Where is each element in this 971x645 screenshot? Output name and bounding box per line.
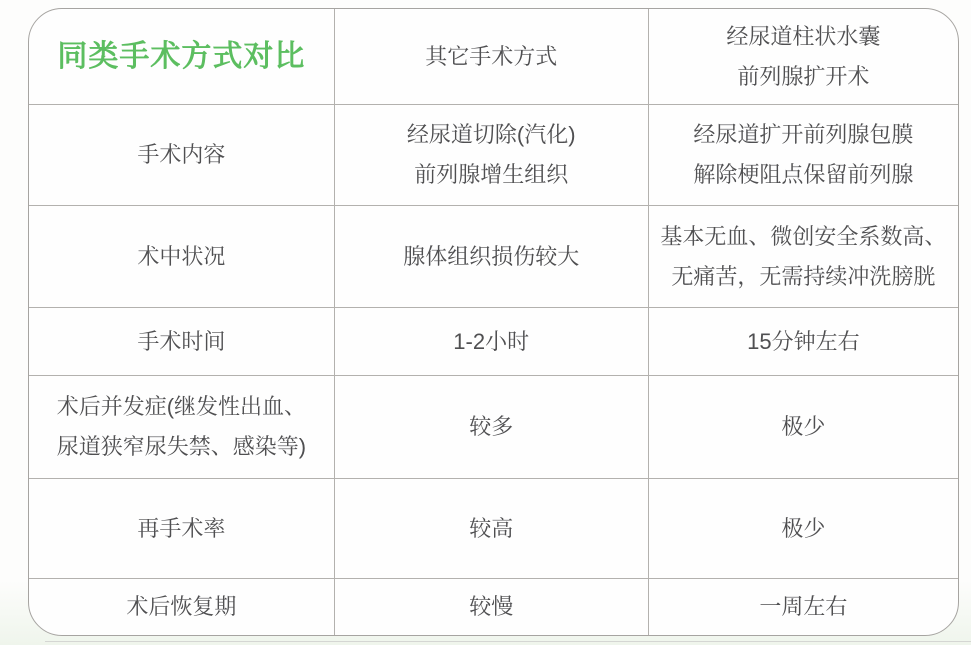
- cell-intraoperative-status-balloon: 基本无血、微创安全系数高、 无痛苦，无需持续冲洗膀胱: [648, 205, 958, 307]
- cell-complications-balloon: 极少: [648, 375, 958, 478]
- photo-bottom-edge: [45, 641, 971, 642]
- row-header-surgery-duration: 手术时间: [29, 307, 334, 375]
- cell-surgery-duration-balloon: 15分钟左右: [648, 307, 958, 375]
- cell-complications-other: 较多: [334, 375, 648, 478]
- row-header-reoperation-rate: 再手术率: [29, 478, 334, 578]
- row-header-complications: 术后并发症(继发性出血、 尿道狭窄尿失禁、感染等): [29, 375, 334, 478]
- row-header-recovery-period: 术后恢复期: [29, 578, 334, 635]
- cell-recovery-period-other: 较慢: [334, 578, 648, 635]
- cell-reoperation-rate-balloon: 极少: [648, 478, 958, 578]
- column-header-other-methods: 其它手术方式: [334, 9, 648, 104]
- table-title: 同类手术方式对比: [29, 9, 334, 104]
- cell-surgery-content-balloon: 经尿道扩开前列腺包膜 解除梗阻点保留前列腺: [648, 104, 958, 205]
- row-header-surgery-content: 手术内容: [29, 104, 334, 205]
- cell-surgery-duration-other: 1-2小时: [334, 307, 648, 375]
- cell-recovery-period-balloon: 一周左右: [648, 578, 958, 635]
- comparison-table: 同类手术方式对比 其它手术方式 经尿道柱状水囊 前列腺扩开术 手术内容 经尿道切…: [28, 8, 959, 636]
- cell-reoperation-rate-other: 较高: [334, 478, 648, 578]
- column-header-balloon-dilation: 经尿道柱状水囊 前列腺扩开术: [648, 9, 958, 104]
- row-header-intraoperative-status: 术中状况: [29, 205, 334, 307]
- cell-surgery-content-other: 经尿道切除(汽化) 前列腺增生组织: [334, 104, 648, 205]
- cell-intraoperative-status-other: 腺体组织损伤较大: [334, 205, 648, 307]
- comparison-table-grid: 同类手术方式对比 其它手术方式 经尿道柱状水囊 前列腺扩开术 手术内容 经尿道切…: [29, 9, 958, 635]
